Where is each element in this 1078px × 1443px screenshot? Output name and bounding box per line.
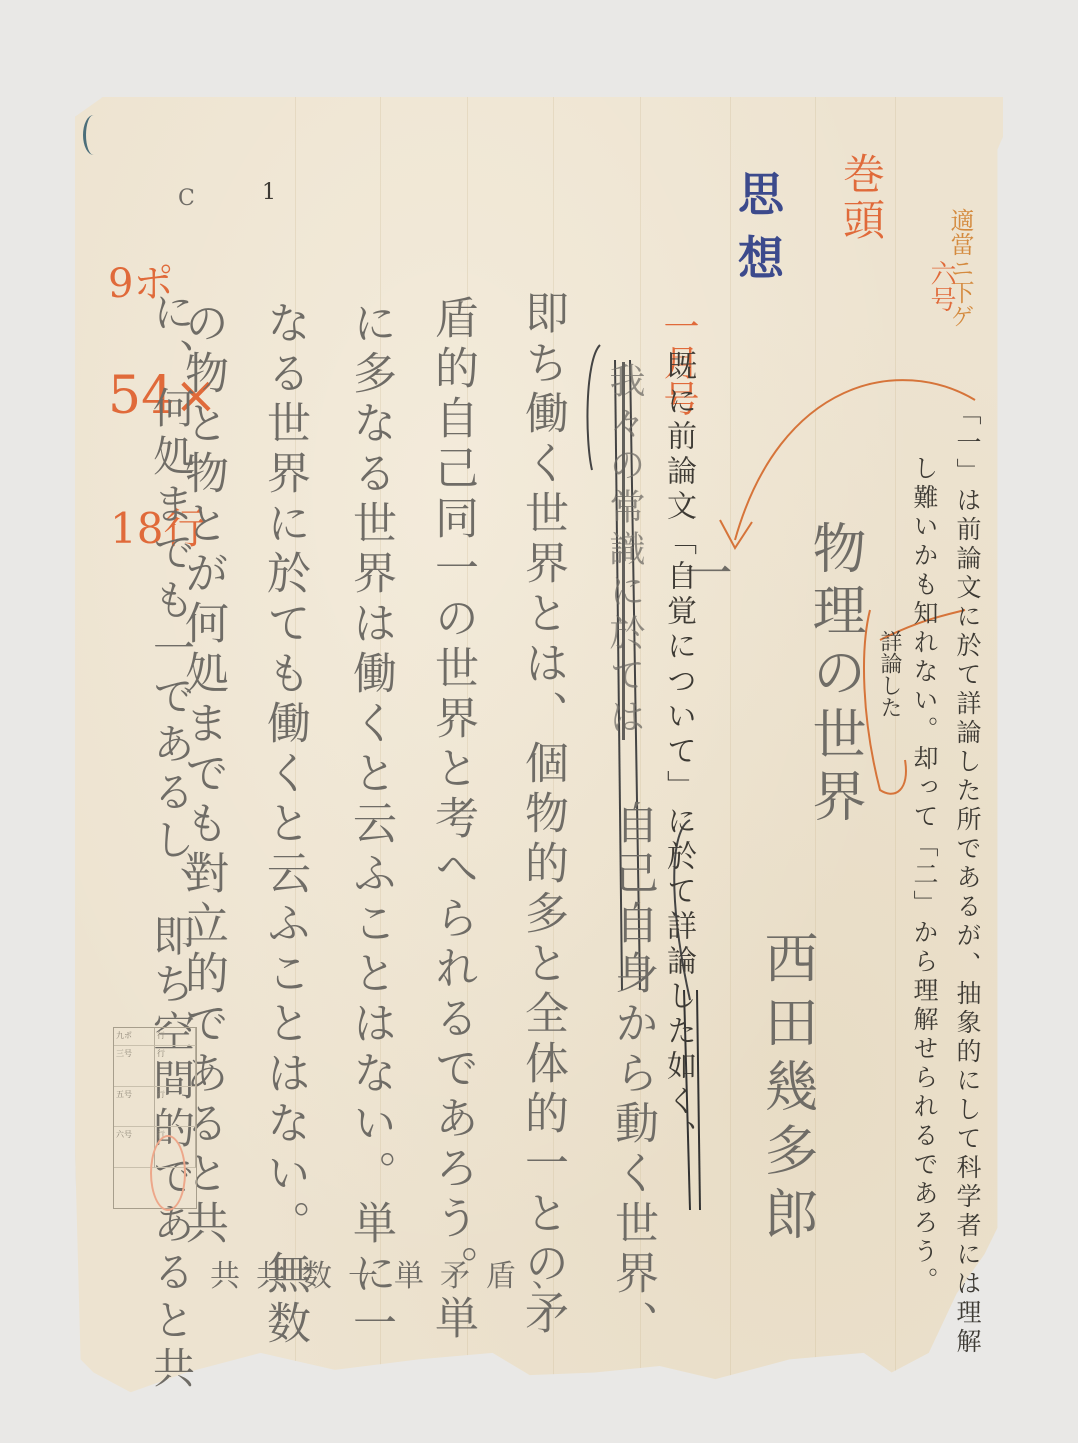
body-column: なる世界に於ても働くと云ふことはない。無数 xyxy=(262,300,306,1350)
spec-cell: 五号 xyxy=(114,1087,155,1128)
bottom-line: 共共数一単矛盾、 xyxy=(210,1262,578,1292)
author: 西田幾多郎 xyxy=(760,930,814,1250)
circled-mark xyxy=(150,1135,186,1211)
title: 物理の世界 xyxy=(808,520,862,830)
spec-cell: 行 xyxy=(155,1046,196,1087)
body-column: 盾的自己同一の世界と考へられるであろう。単 xyxy=(430,295,474,1345)
body-column: 即ち働く世界とは、個物的多と全体的一との矛 xyxy=(520,290,564,1340)
margin-note-circled-insert: 詳論した xyxy=(878,630,900,718)
body-column: 自己自身から動く世界、 xyxy=(610,800,654,1350)
margin-note-line-1: 「一」は前論文に於て詳論した所であるが、抽象的にして科学者には理解 xyxy=(955,400,980,1140)
margin-note-line-2: し難いかも知れない。却って「二」から理解せられるであろう。 xyxy=(912,455,937,1296)
spec-cell: 三号 xyxy=(114,1046,155,1087)
spec-cell: 行 xyxy=(155,1028,196,1046)
inserted-text-column: 既に前論文「自覚について」に於て詳論した如く、 xyxy=(663,350,693,1155)
struck-text: 我々の常識に於ては xyxy=(606,362,642,740)
body-column: に多なる世界は働くと云ふことはない。単に一 xyxy=(348,300,392,1350)
spec-cell: 九ポ xyxy=(114,1028,155,1046)
spec-cell: 行 xyxy=(155,1087,196,1128)
body-column: に、何処までも一であるし、即ち空間的であると共 xyxy=(150,290,192,1394)
spec-cell: 六号 xyxy=(114,1127,155,1168)
